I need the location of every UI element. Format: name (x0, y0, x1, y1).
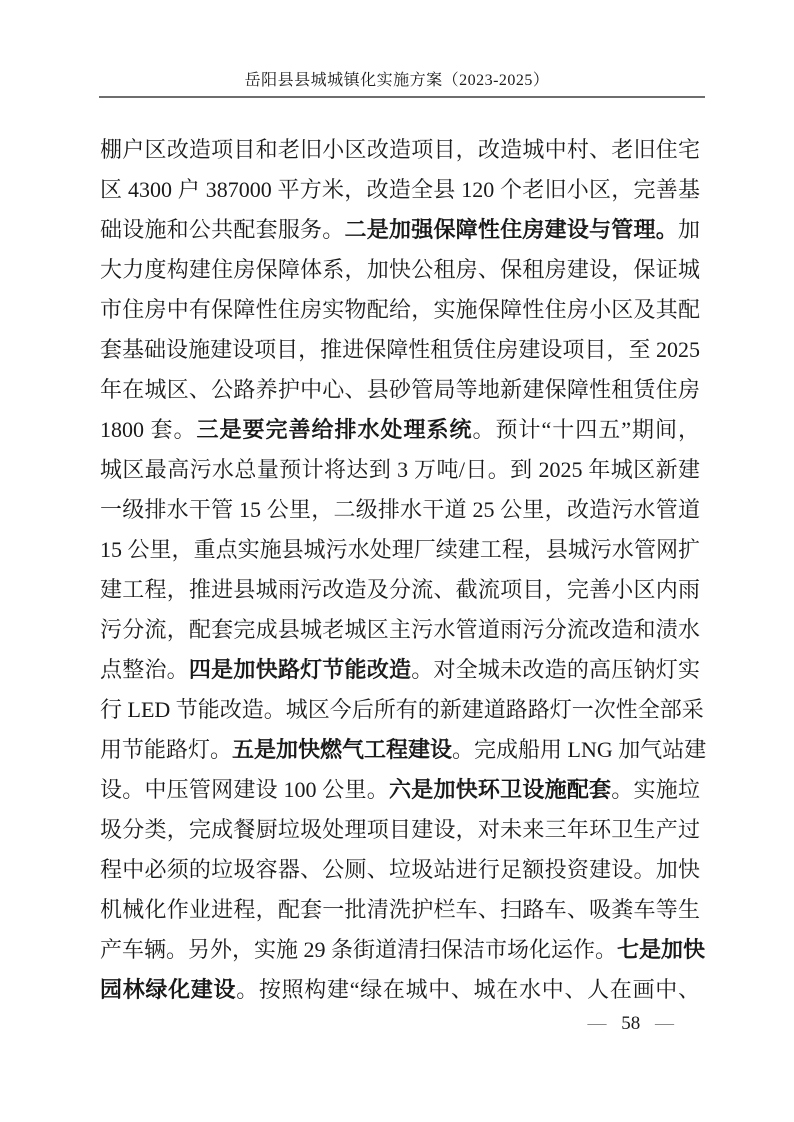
text-run: 。对全城未改造的高压钠灯实 (411, 657, 700, 682)
page-number: 58 (621, 1013, 640, 1034)
text-run: 圾分类，完成餐厨垃圾处理项目建设，对未来三年环卫生产过 (100, 817, 700, 842)
text-run: 区 4300 户 387000 平方米，改造全县 120 个老旧小区，完善基 (100, 177, 700, 202)
text-run: 大力度构建住房保障体系，加快公租房、保租房建设，保证城 (100, 257, 700, 282)
text-run: 行 LED 节能改造。城区今后所有的新建道路路灯一次性全部采 (100, 697, 704, 722)
text-line: 15 公里，重点实施县城污水处理厂续建工程，县城污水管网扩 (100, 530, 700, 570)
bold-text-run: 六是加快环卫设施配套 (389, 777, 611, 802)
document-page: 岳阳县县城城镇化实施方案（2023-2025） 棚户区改造项目和老旧小区改造项目… (0, 0, 794, 1122)
text-run: 。按照构建“绿在城中、城在水中、人在画中、 (236, 977, 700, 1002)
text-run: 。实施垃 (611, 777, 700, 802)
text-run: 一级排水干管 15 公里，二级排水干道 25 公里，改造污水管道 (100, 497, 700, 522)
text-line: 套基础设施建设项目，推进保障性租赁住房建设项目，至 2025 (100, 330, 700, 370)
text-run: 套基础设施建设项目，推进保障性租赁住房建设项目，至 2025 (100, 337, 700, 362)
text-line: 棚户区改造项目和老旧小区改造项目，改造城中村、老旧住宅 (100, 130, 700, 170)
text-run: 年在城区、公路养护中心、县砂管局等地新建保障性租赁住房 (100, 377, 700, 402)
document-body: 棚户区改造项目和老旧小区改造项目，改造城中村、老旧住宅区 4300 户 3870… (100, 130, 700, 1010)
text-run: 污分流，配套完成县城老城区主污水管道雨污分流改造和渍水 (100, 617, 700, 642)
text-line: 大力度构建住房保障体系，加快公租房、保租房建设，保证城 (100, 250, 700, 290)
footer-left-dash: — (588, 1013, 607, 1034)
text-line: 产车辆。另外，实施 29 条街道清扫保洁市场化运作。七是加快 (100, 930, 700, 970)
text-line: 一级排水干管 15 公里，二级排水干道 25 公里，改造污水管道 (100, 490, 700, 530)
bold-text-run: 三是要完善给排水处理系统 (197, 417, 473, 442)
text-line: 用节能路灯。五是加快燃气工程建设。完成船用 LNG 加气站建 (100, 730, 700, 770)
text-run: 1800 套。 (100, 417, 197, 442)
text-line: 污分流，配套完成县城老城区主污水管道雨污分流改造和渍水 (100, 610, 700, 650)
bold-text-run: 五是加快燃气工程建设 (232, 737, 452, 762)
page-footer: — 58 — (588, 1012, 675, 1036)
bold-text-run: 园林绿化建设 (100, 977, 236, 1002)
bold-text-run: 二是加强保障性住房建设与管理。 (345, 217, 678, 242)
text-run: 程中必须的垃圾容器、公厕、垃圾站进行足额投资建设。加快 (100, 857, 700, 882)
text-run: 产车辆。另外，实施 29 条街道清扫保洁市场化运作。 (100, 937, 617, 962)
text-line: 行 LED 节能改造。城区今后所有的新建道路路灯一次性全部采 (100, 690, 700, 730)
text-line: 圾分类，完成餐厨垃圾处理项目建设，对未来三年环卫生产过 (100, 810, 700, 850)
text-run: 设。中压管网建设 100 公里。 (100, 777, 389, 802)
page-header-title: 岳阳县县城城镇化实施方案（2023-2025） (0, 67, 794, 90)
text-line: 机械化作业进程，配套一批清洗护栏车、扫路车、吸粪车等生 (100, 890, 700, 930)
bold-text-run: 四是加快路灯节能改造 (189, 657, 411, 682)
text-line: 点整治。四是加快路灯节能改造。对全城未改造的高压钠灯实 (100, 650, 700, 690)
text-run: 机械化作业进程，配套一批清洗护栏车、扫路车、吸粪车等生 (100, 897, 700, 922)
text-line: 程中必须的垃圾容器、公厕、垃圾站进行足额投资建设。加快 (100, 850, 700, 890)
text-run: 建工程，推进县城雨污改造及分流、截流项目，完善小区内雨 (100, 577, 700, 602)
text-run: 15 公里，重点实施县城污水处理厂续建工程，县城污水管网扩 (100, 537, 700, 562)
text-run: 市住房中有保障性住房实物配给，实施保障性住房小区及其配 (100, 297, 700, 322)
text-line: 建工程，推进县城雨污改造及分流、截流项目，完善小区内雨 (100, 570, 700, 610)
text-run: 棚户区改造项目和老旧小区改造项目，改造城中村、老旧住宅 (100, 137, 700, 162)
text-line: 园林绿化建设。按照构建“绿在城中、城在水中、人在画中、 (100, 970, 700, 1010)
text-line: 市住房中有保障性住房实物配给，实施保障性住房小区及其配 (100, 290, 700, 330)
text-run: 。预计“十四五”期间， (472, 417, 700, 442)
text-line: 1800 套。三是要完善给排水处理系统。预计“十四五”期间， (100, 410, 700, 450)
text-line: 区 4300 户 387000 平方米，改造全县 120 个老旧小区，完善基 (100, 170, 700, 210)
bold-text-run: 七是加快 (617, 937, 705, 962)
text-line: 城区最高污水总量预计将达到 3 万吨/日。到 2025 年城区新建 (100, 450, 700, 490)
header-rule (99, 96, 705, 98)
text-line: 设。中压管网建设 100 公里。六是加快环卫设施配套。实施垃 (100, 770, 700, 810)
text-run: 点整治。 (100, 657, 189, 682)
text-line: 础设施和公共配套服务。二是加强保障性住房建设与管理。加 (100, 210, 700, 250)
text-run: 加 (678, 217, 700, 242)
text-run: 。完成船用 LNG 加气站建 (452, 737, 706, 762)
text-line: 年在城区、公路养护中心、县砂管局等地新建保障性租赁住房 (100, 370, 700, 410)
text-run: 用节能路灯。 (100, 737, 232, 762)
text-run: 城区最高污水总量预计将达到 3 万吨/日。到 2025 年城区新建 (100, 457, 700, 482)
text-run: 础设施和公共配套服务。 (100, 217, 345, 242)
footer-right-dash: — (655, 1013, 674, 1034)
